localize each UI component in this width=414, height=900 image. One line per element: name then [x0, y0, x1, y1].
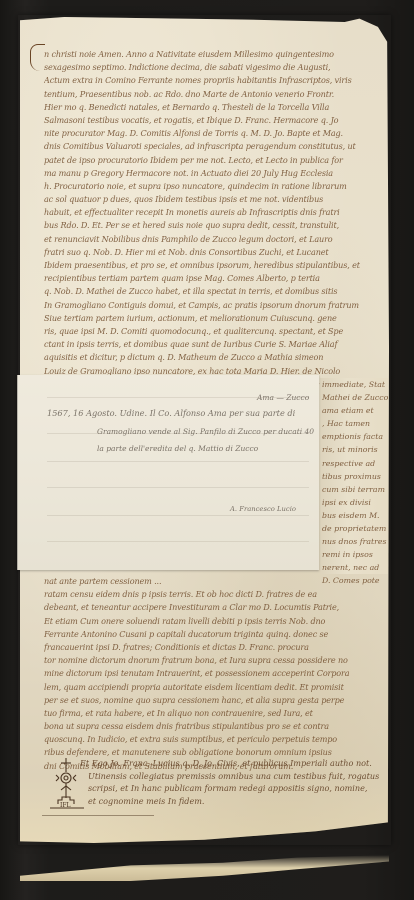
decorated-initial-i-icon [30, 44, 45, 71]
text-line: h. Procuratorio noie, et supra ipso nunc… [44, 180, 389, 193]
bleed-through-line [47, 515, 309, 516]
text-line: habuit, et effectualiter recepit In mone… [44, 206, 389, 219]
text-line: nat ante partem cessionem ... [44, 575, 389, 588]
text-line: Ferrante Antonino Cusani p capitali duca… [44, 628, 389, 641]
fragment-line: ipsi ex divisi [320, 496, 388, 509]
notarial-subscription: Et Ego Jo. Franc. Lucius q. D. Jo. Civis… [80, 757, 390, 807]
text-line: fratri suo q. Nob. D. Hier mi et Nob. dn… [44, 246, 389, 259]
text-line: per se et suos, nomine quo supra cession… [44, 694, 389, 707]
text-line: Siue tertiam partem iurium, actionum, et… [44, 312, 389, 325]
main-text-top: n christi noie Amen. Anno a Nativitate e… [44, 48, 389, 391]
subscription-line: scripsi, et In hanc publicam formam rede… [80, 782, 390, 795]
main-text-bottom: nat ante partem cessionem ... ratam cens… [44, 575, 389, 773]
text-line: Actum extra in Comino Ferrante nomes pro… [44, 74, 389, 87]
text-line: ctant in ipsis terris, et domibus quae s… [44, 338, 389, 351]
text-line: lem, quam accipiendi propria autoritate … [44, 681, 389, 694]
text-line: tor nomine dictorum dnorum fratrum bona,… [44, 654, 389, 667]
fragment-line: ris, ut minoris [320, 443, 388, 456]
fragment-line: remi in ipsos [320, 548, 388, 561]
right-text-fragment: immediate, Stat Mathei de Zucco ama etia… [320, 378, 388, 574]
subscription-line: Et Ego Jo. Franc. Lucius q. D. Jo. Civis… [80, 757, 390, 770]
text-line: Salmasoni testibus vocatis, et rogatis, … [44, 114, 389, 127]
text-line: Hier mo q. Benedicti natales, et Bernard… [44, 101, 389, 114]
document-scan: n christi noie Amen. Anno a Nativitate e… [0, 0, 414, 900]
fragment-line: de proprietatem [320, 522, 388, 535]
text-line: francauerint ipsi D. fratres; Conditioni… [44, 641, 389, 654]
text-line: nite procurator Mag. D. Comitis Alfonsi … [44, 127, 389, 140]
text-line: bus Rdo. D. Et. Per se et hered suis noi… [44, 219, 389, 232]
bleed-through-line [47, 461, 309, 462]
text-line: dnis Comitibus Valuaroti speciales, ad i… [44, 140, 389, 153]
text-line: n christi noie Amen. Anno a Nativitate e… [44, 48, 389, 61]
bleed-through-line [47, 541, 309, 542]
slip-title-note: Ama — Zucco [257, 393, 309, 402]
text-line: Et etiam Cum onere soluendi ratam livell… [44, 615, 389, 628]
slip-line-3: la parte dell'eredita del q. Mattio di Z… [97, 444, 258, 453]
subscription-line: Utinensis collegiatus premissis omnibus … [80, 770, 390, 783]
slip-line-1: 1567, 16 Agosto. Udine. Il Co. Alfonso A… [47, 408, 295, 418]
bleed-through-line [47, 487, 309, 488]
text-line: tentium, Praesentibus nob. ac Rdo. dno M… [44, 88, 389, 101]
text-line: bona ut supra cessa eisdem dnis fratribu… [44, 720, 389, 733]
text-line: ac sol quatuor p dues, quos Ibidem testi… [44, 193, 389, 206]
fragment-line: emptionis facta [320, 430, 388, 443]
text-line: q. Nob. D. Mathei de Zucco habet, et ill… [44, 285, 389, 298]
attached-paper-slip: Ama — Zucco 1567, 16 Agosto. Udine. Il C… [17, 375, 319, 570]
subscription-line: et cognomine meis In fidem. [80, 795, 390, 808]
fragment-line: nus dnos fratres [320, 535, 388, 548]
parchment-bottom-fold [20, 855, 389, 881]
fragment-line: immediate, Stat [320, 378, 388, 391]
text-line: recipientibus tertiam partem quam ipse M… [44, 272, 389, 285]
fragment-line: respective ad [320, 457, 388, 470]
text-line: patet de ipso procuratorio Ibidem per me… [44, 154, 389, 167]
text-line: mine dictorum ipsi tenutam Intrauerint, … [44, 667, 389, 680]
text-line: ma manu p Gregory Hermacore not. in Actu… [44, 167, 389, 180]
fragment-line: , Hac tamen [320, 417, 388, 430]
fragment-line: ama etiam et [320, 404, 388, 417]
text-line: ratam censu eidem dnis p ipsis terris. E… [44, 588, 389, 601]
fragment-line: Mathei de Zucco [320, 391, 388, 404]
text-line: In Gramogliano Contiguis domui, et Campi… [44, 299, 389, 312]
text-line: aquisitis et dicitur, p dictum q. D. Mat… [44, 351, 389, 364]
text-line: debeant, et teneantur accipere Investitu… [44, 601, 389, 614]
slip-line-2: Gramogliano vende al Sig. Panfilo di Zuc… [97, 427, 314, 436]
fragment-line: cum sibi terram [320, 483, 388, 496]
text-line: quoscunq. In Iudicio, et extra suis sump… [44, 733, 389, 746]
text-line: ris, quae ipsi M. D. Comiti quomodocunq.… [44, 325, 389, 338]
slip-signature: A. Francesco Lucio [230, 505, 296, 513]
fragment-line: tibus proximus [320, 470, 388, 483]
svg-text:IFL: IFL [60, 802, 71, 809]
text-line: et renunciavit Nobilibus dnis Pamphilo d… [44, 233, 389, 246]
fragment-line: bus eisdem M. [320, 509, 388, 522]
text-line: tuo firma, et rata habere, et In aliquo … [44, 707, 389, 720]
signum-baseline-rule [42, 815, 154, 816]
text-line: sexagesimo septimo. Indictione decima, d… [44, 61, 389, 74]
text-line: Ibidem praesentibus, et pro se, et omnib… [44, 259, 389, 272]
fragment-line: nerent, nec ad [320, 561, 388, 574]
